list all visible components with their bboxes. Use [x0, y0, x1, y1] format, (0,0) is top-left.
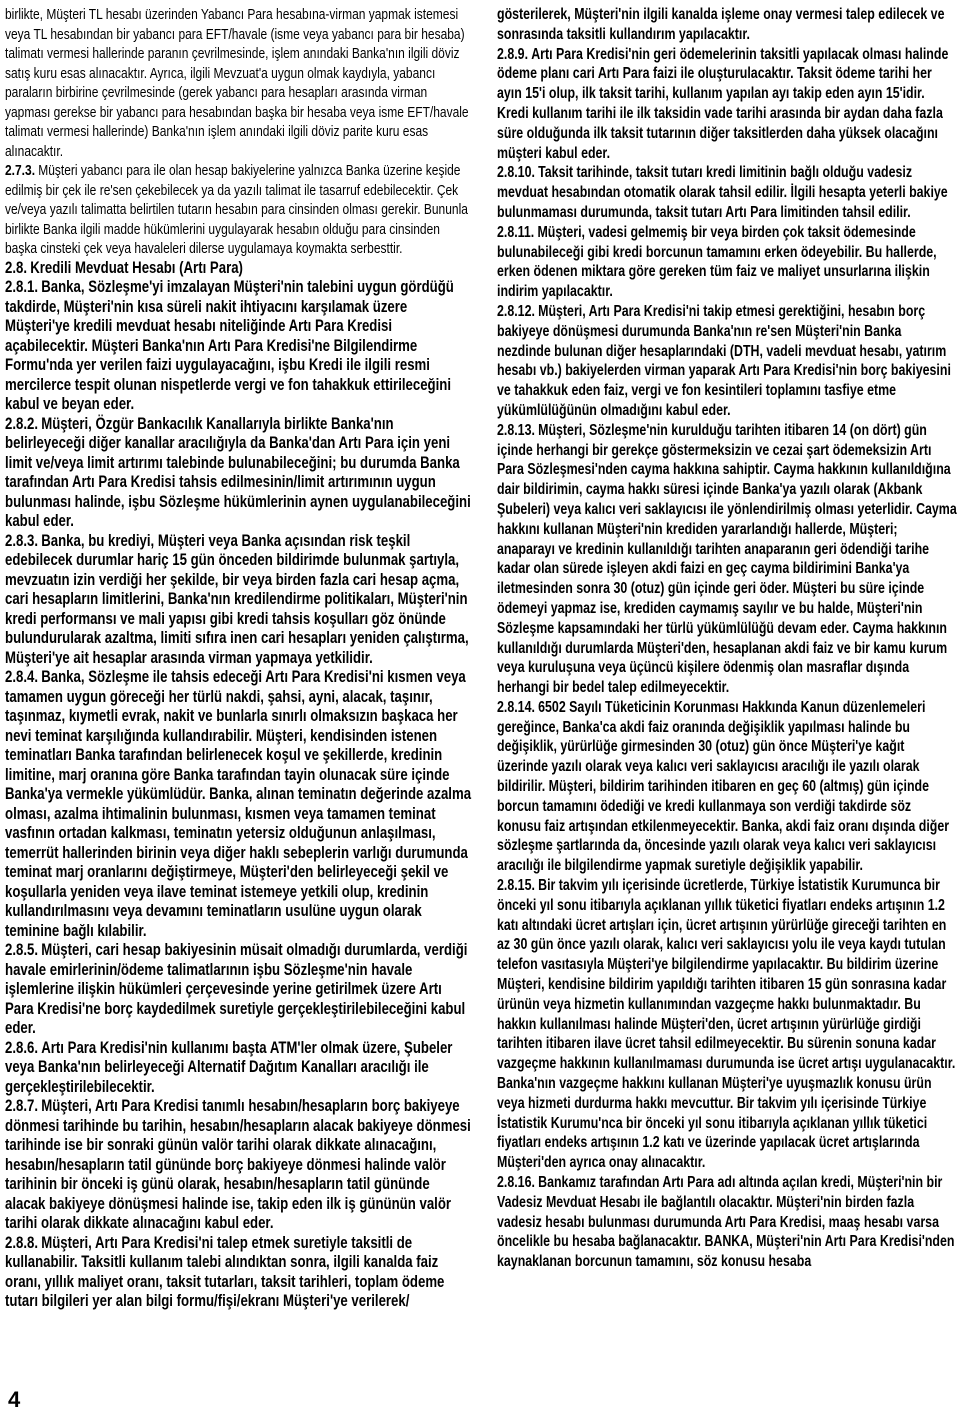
clause-text: Bir takvim yılı içerisinde ücretlerde, T… [497, 877, 955, 1171]
clause-number: 2.8.6. [5, 1039, 38, 1057]
clause-text: Banka, bu krediyi, Müşteri veya Banka aç… [5, 532, 469, 667]
clause-2-8-8-continuation: gösterilerek, Müşteri'nin ilgili kanalda… [497, 5, 957, 45]
clause-number: 2.8.3. [5, 532, 38, 550]
clause-text: Müşteri yabancı para ile olan hesap baki… [5, 162, 468, 257]
clause-text: Müşteri, vadesi gelmemiş bir veya birden… [497, 224, 937, 300]
clause-number: 2.7.3. [5, 162, 35, 179]
clause-2-8-4: 2.8.4.Banka, Sözleşme ile tahsis edeceği… [5, 668, 473, 941]
clause-text: Müşteri, Artı Para Kredisi tanımlı hesab… [5, 1097, 471, 1232]
clause-2-8-6: 2.8.6.Artı Para Kredisi'nin kullanımı ba… [5, 1039, 473, 1098]
clause-2-8-7: 2.8.7.Müşteri, Artı Para Kredisi tanımlı… [5, 1097, 473, 1234]
page-number: 4 [8, 1388, 20, 1412]
clause-number: 2.8.7. [5, 1097, 38, 1115]
clause-number: 2.8.4. [5, 668, 38, 686]
clause-number: 2.8.5. [5, 941, 38, 959]
clause-number: 2.8.12. [497, 303, 535, 320]
clause-2-8-16: 2.8.16.Bankamız tarafından Artı Para adı… [497, 1173, 957, 1272]
clause-2-8-14: 2.8.14.6502 Sayılı Tüketicinin Korunması… [497, 698, 957, 876]
left-column-text: birlikte, Müşteri TL hesabı üzerinden Ya… [5, 5, 473, 1312]
clause-number: 2.8.9. [497, 46, 528, 63]
clause-text: Müşteri, Sözleşme'nin kurulduğu tarihten… [497, 422, 957, 696]
clause-text: Artı Para Kredisi'nin kullanımı başta AT… [5, 1039, 452, 1096]
clause-text: Müşteri, Artı Para Kredisi'ni talep etme… [5, 1234, 444, 1311]
clause-text: Taksit tarihinde, taksit tutarı kredi li… [497, 164, 948, 221]
clause-text: 6502 Sayılı Tüketicinin Korunması Hakkın… [497, 699, 949, 874]
clause-text: Bankamız tarafından Artı Para adı altınd… [497, 1174, 954, 1270]
clause-number: 2.8.13. [497, 422, 535, 439]
clause-number: 2.8.11. [497, 224, 534, 241]
clause-2-8-8: 2.8.8.Müşteri, Artı Para Kredisi'ni tale… [5, 1234, 473, 1312]
clause-number: 2.8.16. [497, 1174, 535, 1191]
clause-number: 2.8.14. [497, 699, 535, 716]
clause-2-7-2-continuation: birlikte, Müşteri TL hesabı üzerinden Ya… [5, 5, 473, 161]
clause-number: 2.8.15. [497, 877, 535, 894]
clause-text: gösterilerek, Müşteri'nin ilgili kanalda… [497, 6, 944, 43]
clause-number: 2.8.2. [5, 415, 38, 433]
clause-2-8-9: 2.8.9.Artı Para Kredisi'nin geri ödemele… [497, 45, 957, 164]
right-column: gösterilerek, Müşteri'nin ilgili kanalda… [497, 5, 957, 1272]
clause-2-7-3: 2.7.3.Müşteri yabancı para ile olan hesa… [5, 161, 473, 259]
clause-text: Müşteri, Özgür Bankacılık Kanallarıyla b… [5, 415, 471, 531]
clause-2-8-11: 2.8.11.Müşteri, vadesi gelmemiş bir veya… [497, 223, 957, 302]
contract-page: birlikte, Müşteri TL hesabı üzerinden Ya… [0, 0, 960, 1426]
clause-text: Müşteri, Artı Para Kredisi'ni takip etme… [497, 303, 951, 419]
clause-text: Artı Para Kredisi'nin geri ödemelerinin … [497, 46, 948, 162]
clause-number: 2.8.8. [5, 1234, 38, 1252]
clause-number: 2.8.10. [497, 164, 535, 181]
clause-2-8-15: 2.8.15.Bir takvim yılı içerisinde ücretl… [497, 876, 957, 1173]
clause-number: 2.8. [5, 259, 27, 277]
clause-2-8-10: 2.8.10.Taksit tarihinde, taksit tutarı k… [497, 163, 957, 222]
clause-2-8-2: 2.8.2.Müşteri, Özgür Bankacılık Kanallar… [5, 415, 473, 532]
clause-2-8-1: 2.8.1.Banka, Sözleşme'yi imzalayan Müşte… [5, 278, 473, 415]
clause-text: Banka, Sözleşme'yi imzalayan Müşteri'nin… [5, 278, 454, 413]
clause-2-8-12: 2.8.12.Müşteri, Artı Para Kredisi'ni tak… [497, 302, 957, 421]
clause-text: Kredili Mevduat Hesabı (Artı Para) [30, 259, 243, 277]
clause-2-8-3: 2.8.3.Banka, bu krediyi, Müşteri veya Ba… [5, 532, 473, 669]
left-column: birlikte, Müşteri TL hesabı üzerinden Ya… [5, 5, 473, 1312]
clause-2-8-13: 2.8.13.Müşteri, Sözleşme'nin kurulduğu t… [497, 421, 957, 698]
clause-text: Banka, Sözleşme ile tahsis edeceği Artı … [5, 668, 471, 940]
clause-text: Müşteri, cari hesap bakiyesinin müsait o… [5, 941, 467, 1037]
heading-2-8: 2.8.Kredili Mevduat Hesabı (Artı Para) [5, 259, 473, 279]
clause-number: 2.8.1. [5, 278, 38, 296]
right-column-text: gösterilerek, Müşteri'nin ilgili kanalda… [497, 5, 957, 1272]
clause-text: birlikte, Müşteri TL hesabı üzerinden Ya… [5, 6, 469, 160]
clause-2-8-5: 2.8.5.Müşteri, cari hesap bakiyesinin mü… [5, 941, 473, 1039]
